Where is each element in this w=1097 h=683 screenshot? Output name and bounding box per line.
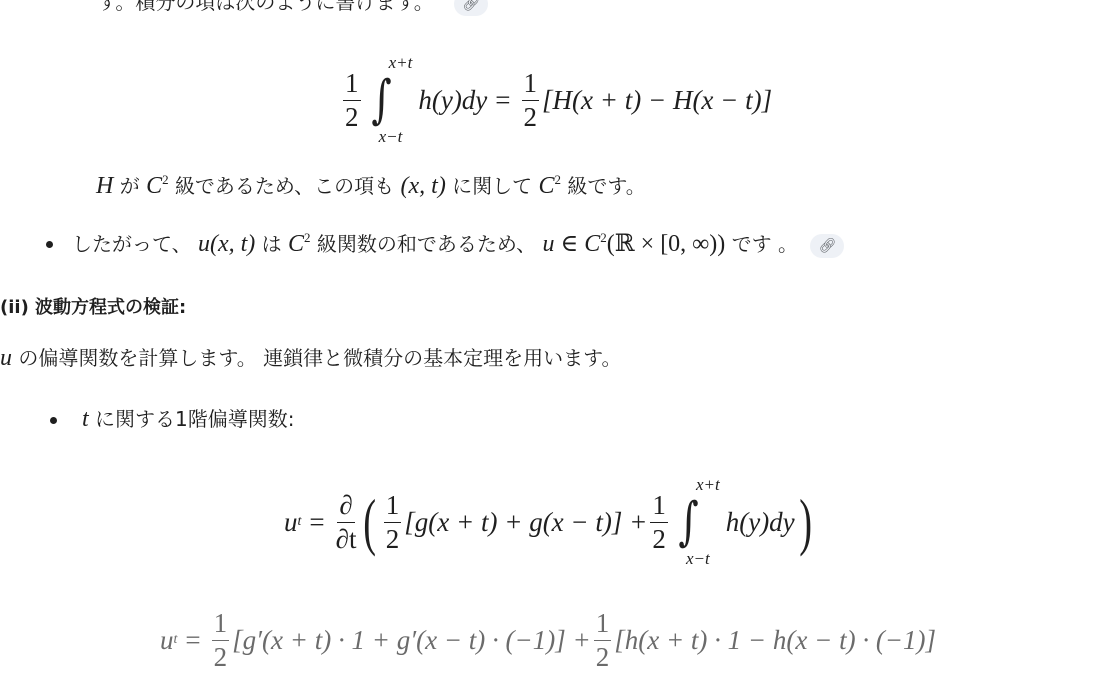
- bullet-first-derivative: t に関する1階偏導関数:: [82, 405, 295, 433]
- fraction-half: 1 2: [212, 610, 230, 671]
- remark-line: H が C2 級であるため、この項も (x, t) に関して C2 級です。: [96, 172, 646, 200]
- link-icon: 🔗︎: [462, 0, 480, 18]
- rhs-expression: [H(x + t) − H(x − t)]: [542, 85, 772, 116]
- source-link-button[interactable]: 🔗︎: [810, 234, 844, 258]
- bullet-dot: [50, 417, 57, 424]
- integral-sign: ∫ x+t x−t: [675, 483, 720, 561]
- intro-line: す。積分の項は次のように書けます。 🔗︎: [97, 0, 488, 16]
- fraction-half: 1 2: [343, 70, 361, 131]
- partial-derivative: ∂ ∂t: [336, 492, 357, 553]
- fraction-half: 1 2: [650, 492, 668, 553]
- integrand: h(y)dy: [418, 85, 487, 116]
- equation-ut-definition: ut = ∂ ∂t ( 1 2 [g(x + t) + g(x − t)] + …: [284, 472, 816, 572]
- equation-integral-term: 1 2 ∫ x+t x−t h(y)dy = 1 2 [H(x + t) − H…: [340, 55, 772, 145]
- bullet-dot: [46, 241, 53, 248]
- equation-ut-expanded: ut = 1 2 [g′(x + t) · 1 + g′(x − t) · (−…: [160, 600, 936, 680]
- paragraph-partial-derivatives: u の偏導関数を計算します。 連鎖律と微積分の基本定理を用います。: [0, 344, 622, 372]
- fraction-half: 1 2: [384, 492, 402, 553]
- fraction-half: 1 2: [522, 70, 540, 131]
- fraction-half: 1 2: [594, 610, 612, 671]
- integral-sign: ∫ x+t x−t: [368, 61, 413, 139]
- link-icon: 🔗︎: [818, 232, 836, 260]
- intro-text: す。積分の項は次のように書けます。: [97, 0, 434, 14]
- source-link-button[interactable]: 🔗︎: [454, 0, 488, 16]
- bullet-conclusion: したがって、 u(x, t) は C2 級関数の和であるため、 u ∈ C2(ℝ…: [72, 230, 844, 258]
- section-heading: (ii) 波動方程式の検証:: [0, 294, 186, 322]
